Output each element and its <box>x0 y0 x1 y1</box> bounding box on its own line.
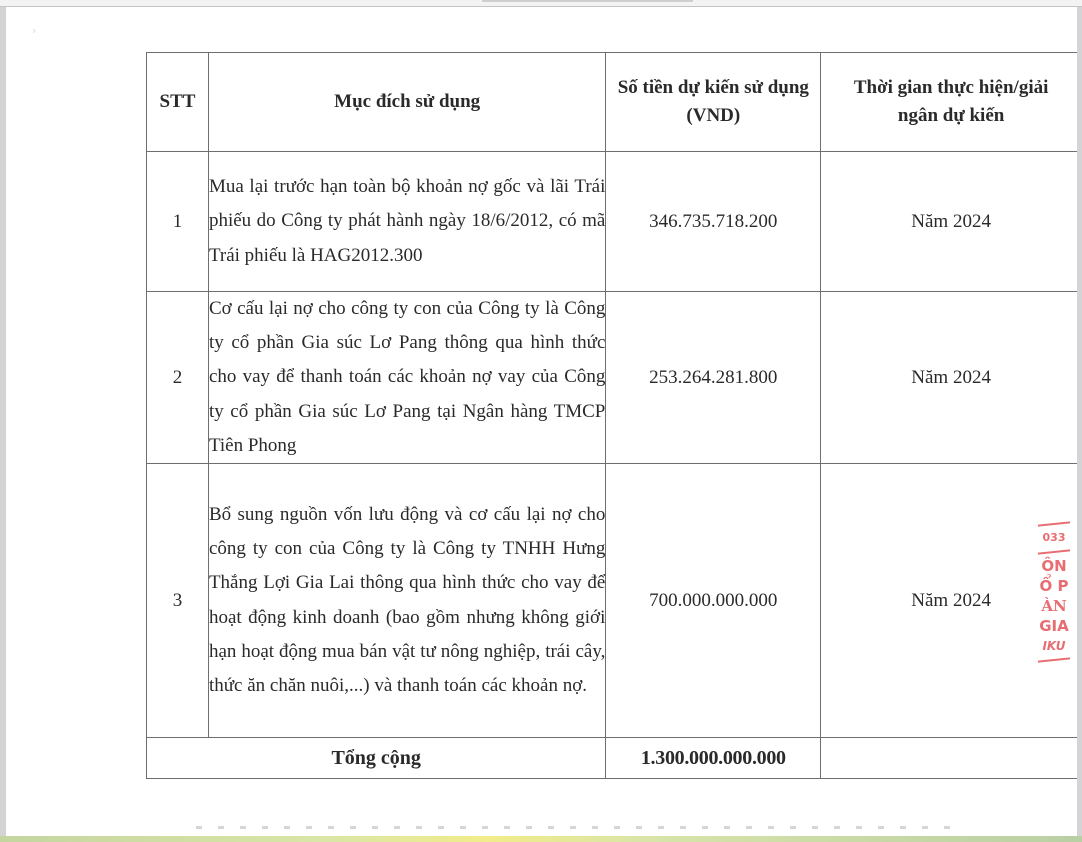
fund-usage-table: STT Mục đích sử dụng Số tiền dự kiến sử … <box>146 52 1082 779</box>
stamp-line: ÔN <box>1036 556 1072 576</box>
page-marker-icon: › <box>32 24 36 37</box>
row-stt: 3 <box>147 464 209 738</box>
row-time: Năm 2024 <box>821 152 1082 292</box>
header-purpose: Mục đích sử dụng <box>208 53 605 152</box>
company-seal-stamp: 033 ÔN Ổ P ÀN GIA IKU <box>1036 520 1072 700</box>
row-stt: 2 <box>147 292 209 464</box>
table-row: 2 Cơ cấu lại nợ cho công ty con của Công… <box>147 292 1082 464</box>
row-purpose: Bổ sung nguồn vốn lưu động và cơ cấu lại… <box>208 464 605 738</box>
stamp-code: 033 <box>1036 528 1072 548</box>
table-row: 1 Mua lại trước hạn toàn bộ khoản nợ gốc… <box>147 152 1082 292</box>
stamp-rule <box>1038 657 1070 662</box>
header-amount-text: Số tiền dự kiến sử dụng (VND) <box>618 77 809 126</box>
viewer-tab-indicator <box>482 0 693 2</box>
stamp-line: Ổ P <box>1036 576 1072 596</box>
total-time <box>821 738 1082 779</box>
row-stt: 1 <box>147 152 209 292</box>
bottom-status-strip <box>0 836 1082 842</box>
header-stt: STT <box>147 53 209 152</box>
total-amount: 1.300.000.000.000 <box>606 738 821 779</box>
viewer-top-bar <box>0 0 1082 7</box>
table-header-row: STT Mục đích sử dụng Số tiền dự kiến sử … <box>147 53 1082 152</box>
row-amount: 346.735.718.200 <box>606 152 821 292</box>
header-time: Thời gian thực hiện/giải ngân dự kiến <box>821 53 1082 152</box>
row-purpose: Cơ cấu lại nợ cho công ty con của Công t… <box>208 292 605 464</box>
stamp-line: GIA <box>1036 616 1072 636</box>
stamp-rule <box>1038 549 1070 554</box>
cutoff-text-line <box>196 826 966 829</box>
stamp-rule <box>1038 521 1070 526</box>
stamp-line: ÀN <box>1036 596 1072 616</box>
table-row: 3 Bổ sung nguồn vốn lưu động và cơ cấu l… <box>147 464 1082 738</box>
total-label: Tổng cộng <box>147 738 606 779</box>
row-purpose: Mua lại trước hạn toàn bộ khoản nợ gốc v… <box>208 152 605 292</box>
scrollbar-gutter[interactable] <box>1077 7 1082 836</box>
row-time: Năm 2024 <box>821 292 1082 464</box>
table-total-row: Tổng cộng 1.300.000.000.000 <box>147 738 1082 779</box>
header-amount: Số tiền dự kiến sử dụng (VND) <box>606 53 821 152</box>
header-time-text: Thời gian thực hiện/giải ngân dự kiến <box>854 77 1049 126</box>
row-amount: 700.000.000.000 <box>606 464 821 738</box>
stamp-line: IKU <box>1036 636 1072 656</box>
row-amount: 253.264.281.800 <box>606 292 821 464</box>
